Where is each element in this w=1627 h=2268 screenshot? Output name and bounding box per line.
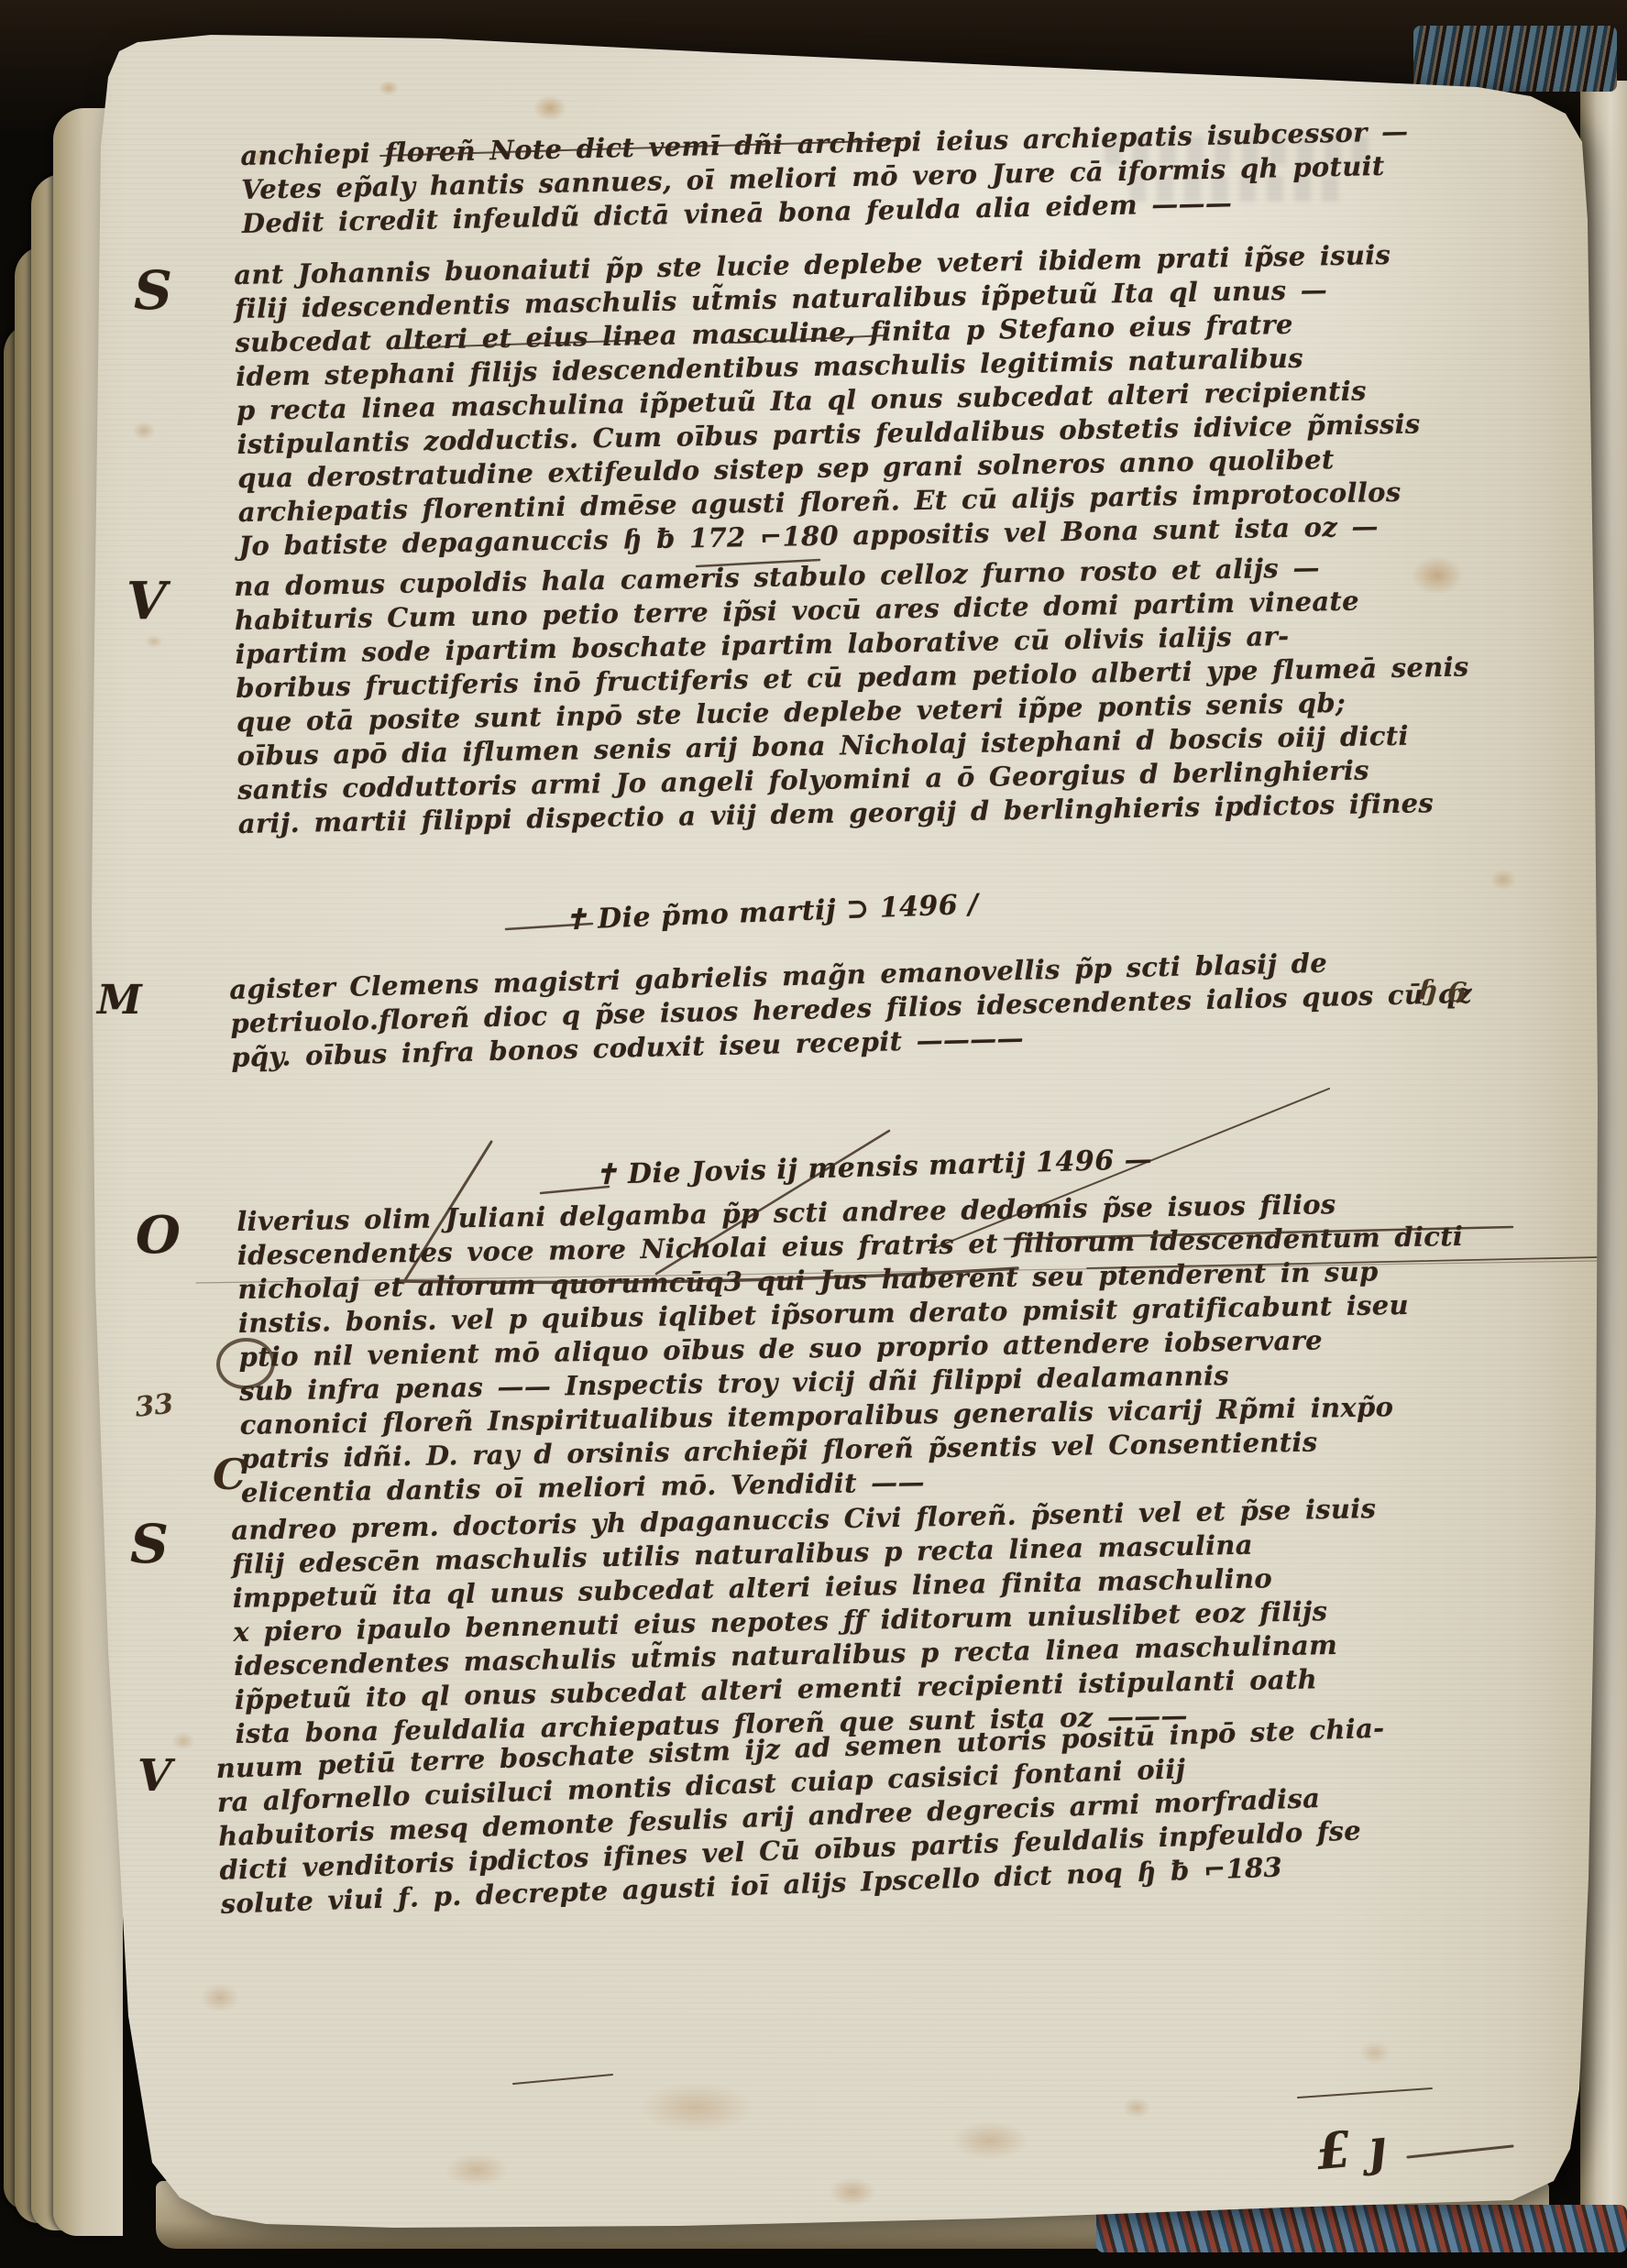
entry-initial: M: [97, 981, 142, 1021]
entry-initial: O: [136, 1210, 181, 1261]
notary-paraph: £ ȷ: [1314, 2121, 1388, 2176]
entry-record: agister Clemens magistri gabrielis mag̃n…: [229, 943, 1473, 1075]
manuscript-page[interactable]: S V M O S V ✝ Die p̃mo martij ⊃ 1496 / ✝…: [0, 0, 1627, 2268]
photo-canvas: S V M O S V ✝ Die p̃mo martij ⊃ 1496 / ✝…: [0, 0, 1627, 2268]
entry-record: ant Johannis buonaiuti p̃p ste lucie dep…: [234, 237, 1423, 563]
entry-record: andreo prem. doctoris yh dpaganuccis Civ…: [231, 1492, 1380, 1751]
entry-initial: V: [137, 1754, 171, 1798]
folio-number: 33: [134, 1391, 175, 1422]
entry-date-heading: ✝ Die Jovis ij mensis martij 1496 —: [594, 1145, 1153, 1191]
entry-initial: S: [134, 264, 172, 317]
entry-initial: S: [130, 1517, 169, 1571]
entry-record: liverius olim Juliani delgamba p̃p scti …: [236, 1186, 1468, 1510]
clause-mark: C: [213, 1453, 247, 1496]
entry-record: anchiepi floreñ Note dict vemī dñi archi…: [240, 115, 1410, 241]
entry-record: na domus cupoldis hala cameris stabulo c…: [234, 549, 1471, 841]
manuscript-page-wrap: S V M O S V ✝ Die p̃mo martij ⊃ 1496 / ✝…: [0, 0, 1627, 2268]
entry-date-heading: ✝ Die p̃mo martij ⊃ 1496 /: [564, 890, 979, 937]
entry-initial: V: [126, 575, 166, 627]
right-margin-note: ɧ 6: [1417, 977, 1468, 1008]
